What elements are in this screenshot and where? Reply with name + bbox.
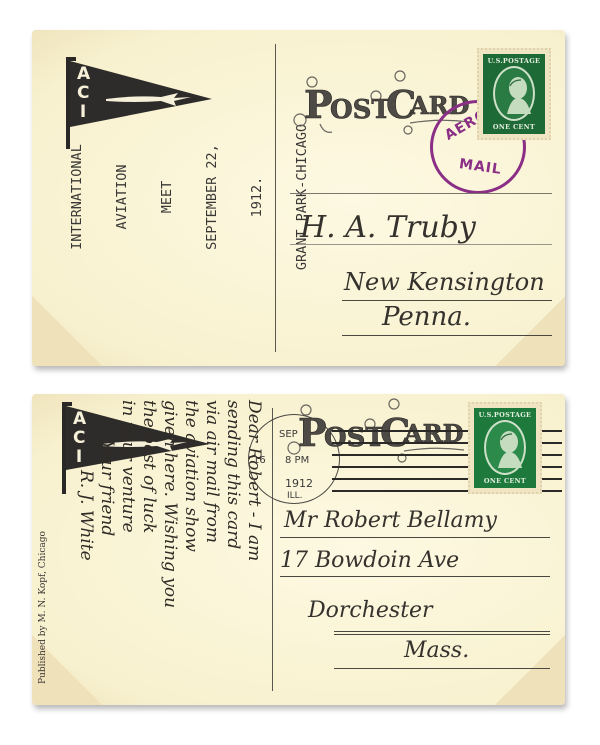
event-line: GRANT PARK-CHICAGO xyxy=(295,122,310,272)
postmark-text-bottom: MAIL xyxy=(458,156,503,178)
message-line: the aviation show xyxy=(180,400,201,608)
event-line: AVIATION xyxy=(115,122,130,272)
address-line xyxy=(290,193,552,194)
event-title-block: INTERNATIONAL AVIATION MEET SEPTEMBER 22… xyxy=(40,122,340,272)
address-line xyxy=(280,537,550,538)
message-line: R. J. White xyxy=(75,400,96,608)
svg-text:P: P xyxy=(304,82,333,127)
recipient-city: New Kensington xyxy=(344,268,545,296)
message-line: given here. Wishing you xyxy=(159,400,180,608)
recipient-name: H. A. Truby xyxy=(300,210,476,245)
recipient-street: 17 Bowdoin Ave xyxy=(280,548,459,573)
card-corner-wear xyxy=(495,635,565,705)
stamp-top-text: U.S.POSTAGE xyxy=(474,411,536,419)
event-line: 1912. xyxy=(250,122,265,272)
one-cent-stamp: U.S.POSTAGE ONE CENT xyxy=(477,48,551,140)
address-line xyxy=(342,300,552,301)
card-divider xyxy=(275,44,276,352)
address-line xyxy=(334,634,550,635)
message-line: Your friend xyxy=(96,400,117,608)
address-line xyxy=(334,668,550,669)
address-line xyxy=(342,335,552,336)
pennant-label: ACI xyxy=(77,65,89,122)
publisher-credit: Published by M. N. Kopf, Chicago xyxy=(38,531,48,684)
address-line xyxy=(280,576,550,577)
postcard-message-side: Published by M. N. Kopf, Chicago ACI Dea… xyxy=(32,394,565,705)
stamp-top-text: U.S.POSTAGE xyxy=(483,57,545,65)
recipient-city: Dorchester xyxy=(308,598,433,623)
postcard-aviation-meet: ACI INTERNATIONAL AVIATION MEET SEPTEMBE… xyxy=(32,30,565,366)
recipient-name: Mr Robert Bellamy xyxy=(284,508,497,533)
post-card-title: P OST C ARD POST CARD xyxy=(284,396,474,470)
event-line: MEET xyxy=(160,122,175,272)
recipient-state: Penna. xyxy=(382,302,471,332)
card-corner-wear xyxy=(32,296,102,366)
event-line: INTERNATIONAL xyxy=(70,122,85,272)
postmark-day: 16 xyxy=(253,455,266,466)
franklin-portrait-icon xyxy=(493,66,535,121)
message-line: via air mail from xyxy=(201,400,222,608)
stamp-bottom-text: ONE CENT xyxy=(483,123,545,131)
handwritten-message: Dear Robert - I am sending this card via… xyxy=(75,400,264,608)
franklin-portrait-icon xyxy=(484,420,526,475)
stamp-bottom-text: ONE CENT xyxy=(474,477,536,485)
svg-text:P: P xyxy=(298,410,327,455)
postmark-state: ILL. xyxy=(287,491,303,501)
card-corner-wear xyxy=(495,296,565,366)
svg-text:OST: OST xyxy=(324,423,385,453)
message-line: the best of luck xyxy=(138,400,159,608)
postmark-year: 1912 xyxy=(285,477,313,490)
message-line: sending this card xyxy=(222,400,243,608)
address-line xyxy=(334,631,550,632)
message-line: in your venture xyxy=(117,400,138,608)
svg-text:OST: OST xyxy=(330,95,391,125)
event-line: SEPTEMBER 22, xyxy=(205,122,220,272)
recipient-state: Mass. xyxy=(404,638,469,663)
one-cent-stamp: U.S.POSTAGE ONE CENT xyxy=(468,402,542,494)
